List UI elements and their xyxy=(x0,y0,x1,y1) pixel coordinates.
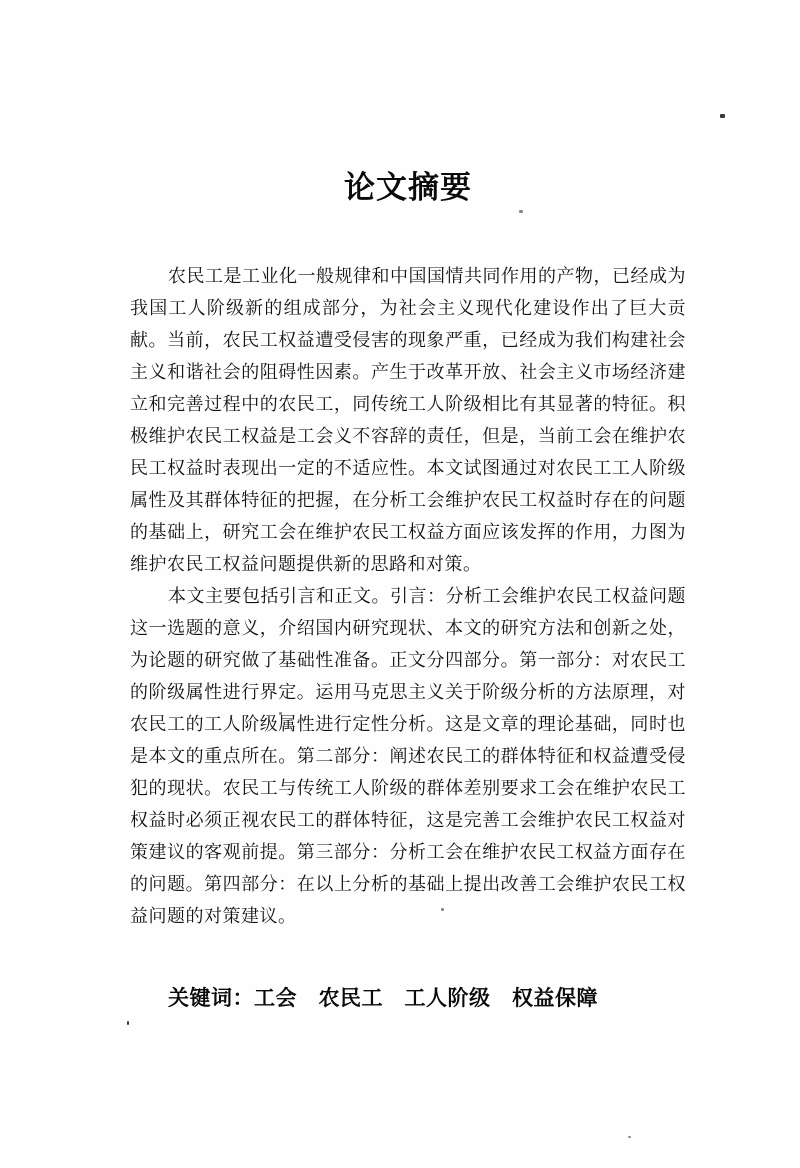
text-line: 维护农民工权益问题提供新的思路和对策。 xyxy=(130,548,686,580)
text-line: 权益时必须正视农民工的群体特征，这是完善工会维护农民工权益对 xyxy=(130,804,686,836)
text-line: 是本文的重点所在。第二部分：阐述农民工的群体特征和权益遭受侵 xyxy=(130,740,686,772)
scanned-abstract-page: 论文摘要 农民工是工业化一般规律和中国国情共同作用的产物，已经成为 我国工人阶级… xyxy=(0,0,800,1168)
text-line: 属性及其群体特征的把握，在分析工会维护农民工权益时存在的问题 xyxy=(130,484,686,516)
text-line: 犯的现状。农民工与传统工人阶级的群体差别要求工会在维护农民工 xyxy=(130,772,686,804)
abstract-content: 论文摘要 农民工是工业化一般规律和中国国情共同作用的产物，已经成为 我国工人阶级… xyxy=(130,168,686,1011)
abstract-body: 农民工是工业化一般规律和中国国情共同作用的产物，已经成为 我国工人阶级新的组成部… xyxy=(130,260,686,932)
text-line: 的基础上，研究工会在维护农民工权益方面应该发挥的作用，力图为 xyxy=(130,516,686,548)
page-title: 论文摘要 xyxy=(130,168,686,212)
scan-speck xyxy=(628,1136,631,1138)
scan-speck xyxy=(127,1021,129,1025)
text-line: 为论题的研究做了基础性准备。正文分四部分。第一部分：对农民工 xyxy=(130,644,686,676)
text-line: 的问题。第四部分：在以上分析的基础上提出改善工会维护农民工权 xyxy=(130,868,686,900)
text-line: 献。当前，农民工权益遭受侵害的现象严重，已经成为我们构建社会 xyxy=(130,324,686,356)
keywords-line: 关键词：工会 农民工 工人阶级 权益保障 xyxy=(130,985,686,1011)
text-line: 农民工的工人阶级属性进行定性分析。这是文章的理论基础，同时也 xyxy=(130,708,686,740)
scan-speck xyxy=(441,908,444,911)
scan-speck xyxy=(279,712,282,715)
text-line: 本文主要包括引言和正文。引言：分析工会维护农民工权益问题 xyxy=(130,580,686,612)
text-line: 主义和谐社会的阻碍性因素。产生于改革开放、社会主义市场经济建 xyxy=(130,356,686,388)
text-line: 我国工人阶级新的组成部分，为社会主义现代化建设作出了巨大贡 xyxy=(130,292,686,324)
text-line: 这一选题的意义，介绍国内研究现状、本文的研究方法和创新之处， xyxy=(130,612,686,644)
text-line: 农民工是工业化一般规律和中国国情共同作用的产物，已经成为 xyxy=(130,260,686,292)
abstract-paragraph-1: 农民工是工业化一般规律和中国国情共同作用的产物，已经成为 我国工人阶级新的组成部… xyxy=(130,260,686,580)
text-line: 策建议的客观前提。第三部分：分析工会在维护农民工权益方面存在 xyxy=(130,836,686,868)
text-line: 的阶级属性进行界定。运用马克思主义关于阶级分析的方法原理，对 xyxy=(130,676,686,708)
text-line: 立和完善过程中的农民工，同传统工人阶级相比有其显著的特征。积 xyxy=(130,388,686,420)
abstract-paragraph-2: 本文主要包括引言和正文。引言：分析工会维护农民工权益问题 这一选题的意义，介绍国… xyxy=(130,580,686,932)
text-line: 民工权益时表现出一定的不适应性。本文试图通过对农民工工人阶级 xyxy=(130,452,686,484)
scan-speck xyxy=(720,114,725,118)
scan-speck xyxy=(519,210,523,213)
text-line: 极维护农民工权益是工会义不容辞的责任，但是，当前工会在维护农 xyxy=(130,420,686,452)
text-line: 益问题的对策建议。 xyxy=(130,900,686,932)
